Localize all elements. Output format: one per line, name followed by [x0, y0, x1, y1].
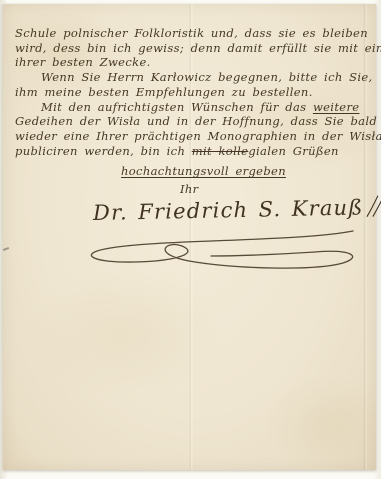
line-text: wieder eine Ihrer prächtigen Monographie… — [15, 129, 381, 143]
line-text: Schule polnischer Folkloristik und, dass… — [15, 26, 368, 40]
signature-line: Dr. Friedrich S. Krauß — [15, 194, 366, 227]
letter-line: Wenn Sie Herrn Karłowicz begegnen, bitte… — [15, 70, 366, 85]
valediction-text: hochachtungsvoll ergeben — [121, 164, 286, 178]
line-text: ihm meine besten Empfehlungen zu bestell… — [15, 85, 313, 99]
letter-line: ihm meine besten Empfehlungen zu bestell… — [15, 85, 366, 100]
scanned-letter-page: Schule polnischer Folkloristik und, dass… — [0, 0, 381, 479]
signature-flourish — [83, 226, 361, 274]
letter-line: publiciren werden, bin ich mit kollegial… — [15, 144, 366, 159]
letter-line: ihrer besten Zwecke. — [15, 55, 366, 70]
letter-line: Schule polnischer Folkloristik und, dass… — [15, 26, 366, 41]
letter-body-text: Schule polnischer Folkloristik und, dass… — [15, 26, 366, 224]
closing-valediction: hochachtungsvoll ergeben — [15, 164, 366, 179]
line-text-underlined: weitere — [313, 100, 360, 114]
line-text: Wenn Sie Herrn Karłowicz begegnen, bitte… — [41, 70, 373, 84]
signature-name: Dr. Friedrich S. Krauß — [93, 195, 364, 225]
line-text: wird, dess bin ich gewiss; denn damit er… — [15, 41, 381, 55]
line-text: publiciren werden, bin ich — [15, 144, 192, 158]
letter-line: Mit den aufrichtigsten Wünschen für das … — [15, 100, 366, 115]
letter-paper: Schule polnischer Folkloristik und, dass… — [3, 4, 376, 470]
line-text: ihrer besten Zwecke. — [15, 55, 151, 69]
letter-line: wieder eine Ihrer prächtigen Monographie… — [15, 129, 366, 144]
line-text: Mit den aufrichtigsten Wünschen für das — [41, 100, 313, 114]
line-text: Gedeihen der Wisła und in der Hoffnung, … — [15, 114, 377, 128]
line-text-struck: mit kolle — [192, 144, 249, 158]
margin-pencil-mark — [3, 247, 9, 251]
letter-line: Gedeihen der Wisła und in der Hoffnung, … — [15, 114, 366, 129]
letter-line: wird, dess bin ich gewiss; denn damit er… — [15, 41, 366, 56]
line-text: gialen Grüßen — [248, 144, 338, 158]
signature-tail-flourish — [364, 194, 381, 218]
